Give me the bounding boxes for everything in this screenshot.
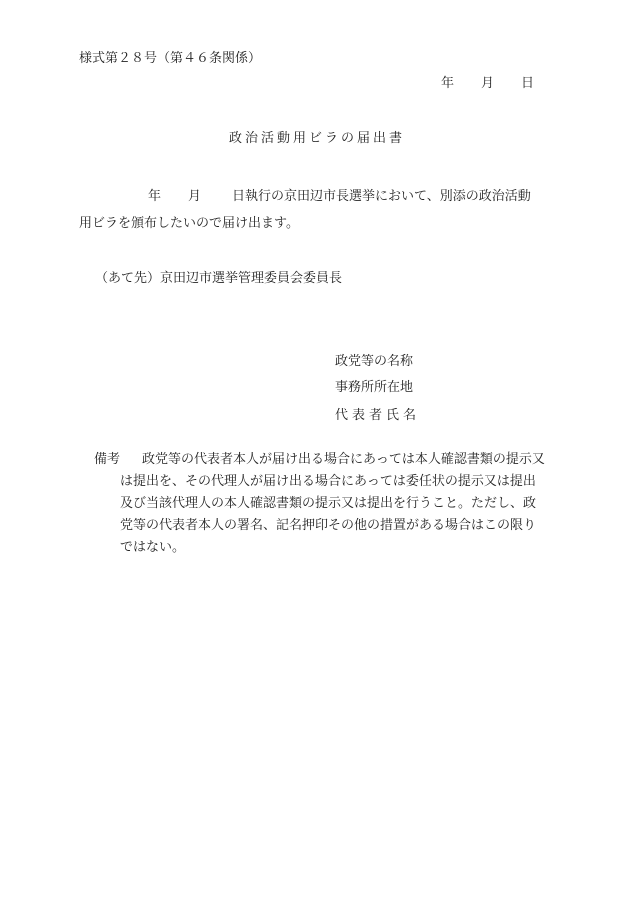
remarks-line: 党等の代表者本人の署名、記名押印その他の措置がある場合はこの限り: [120, 514, 536, 533]
election-month-label: 月: [188, 185, 201, 204]
representative-name-label: 代表者氏名: [335, 404, 420, 423]
date-year-label: 年: [441, 72, 454, 91]
remarks-line: 政党等の代表者本人が届け出る場合にあっては本人確認書類の提示又: [142, 448, 545, 467]
body-line-1-text: 日執行の京田辺市長選挙において、別添の政治活動: [232, 185, 531, 204]
document-title: 政治活動用ビラの届出書: [229, 127, 405, 146]
remarks-line: は提出を、その代理人が届け出る場合にあっては委任状の提示又は提出: [120, 470, 536, 489]
date-month-label: 月: [481, 72, 494, 91]
party-name-label: 政党等の名称: [335, 350, 413, 369]
remarks-label: 備考: [94, 448, 120, 467]
election-year-label: 年: [148, 185, 161, 204]
body-line-2: 用ビラを頒布したいので届け出ます。: [79, 212, 299, 231]
remarks-line: ではない。: [120, 536, 185, 555]
remarks-line: 及び当該代理人の本人確認書類の提示又は提出を行うこと。ただし、政: [120, 492, 536, 511]
office-address-label: 事務所所在地: [335, 376, 413, 395]
form-number: 様式第２８号（第４６条関係）: [79, 47, 261, 66]
addressee: （あて先）京田辺市選挙管理委員会委員長: [95, 267, 342, 286]
date-day-label: 日: [521, 72, 534, 91]
